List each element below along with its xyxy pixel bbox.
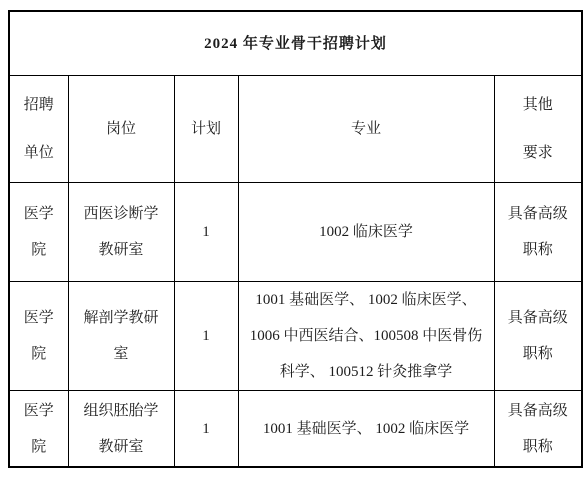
- recruitment-plan-table: 2024 年专业骨干招聘计划 招聘 单位 岗位 计划 专业 其他 要求 医学 院…: [8, 10, 583, 468]
- title-row: 2024 年专业骨干招聘计划: [9, 11, 582, 76]
- cell-plan: 1: [174, 282, 238, 391]
- cell-position: 西医诊断学 教研室: [68, 183, 174, 282]
- cell-plan: 1: [174, 183, 238, 282]
- cell-unit: 医学 院: [9, 391, 68, 468]
- table-row: 医学 院 西医诊断学 教研室 1 1002 临床医学 具备高级 职称: [9, 183, 582, 282]
- cell-plan: 1: [174, 391, 238, 468]
- cell-position: 组织胚胎学 教研室: [68, 391, 174, 468]
- cell-unit: 医学 院: [9, 183, 68, 282]
- cell-unit: 医学 院: [9, 282, 68, 391]
- header-cell-position: 岗位: [68, 76, 174, 183]
- cell-requirement: 具备高级 职称: [494, 183, 582, 282]
- cell-major: 1001 基础医学、 1002 临床医学、 1006 中西医结合、100508 …: [238, 282, 494, 391]
- cell-major: 1001 基础医学、 1002 临床医学: [238, 391, 494, 468]
- cell-major: 1002 临床医学: [238, 183, 494, 282]
- document-page: 2024 年专业骨干招聘计划 招聘 单位 岗位 计划 专业 其他 要求 医学 院…: [0, 0, 587, 483]
- cell-requirement: 具备高级 职称: [494, 282, 582, 391]
- table-title: 2024 年专业骨干招聘计划: [9, 11, 582, 76]
- cell-position: 解剖学教研 室: [68, 282, 174, 391]
- header-cell-requirement: 其他 要求: [494, 76, 582, 183]
- cell-requirement: 具备高级 职称: [494, 391, 582, 468]
- header-cell-major: 专业: [238, 76, 494, 183]
- table-row: 医学 院 解剖学教研 室 1 1001 基础医学、 1002 临床医学、 100…: [9, 282, 582, 391]
- header-row: 招聘 单位 岗位 计划 专业 其他 要求: [9, 76, 582, 183]
- table-row: 医学 院 组织胚胎学 教研室 1 1001 基础医学、 1002 临床医学 具备…: [9, 391, 582, 468]
- header-cell-unit: 招聘 单位: [9, 76, 68, 183]
- header-cell-plan: 计划: [174, 76, 238, 183]
